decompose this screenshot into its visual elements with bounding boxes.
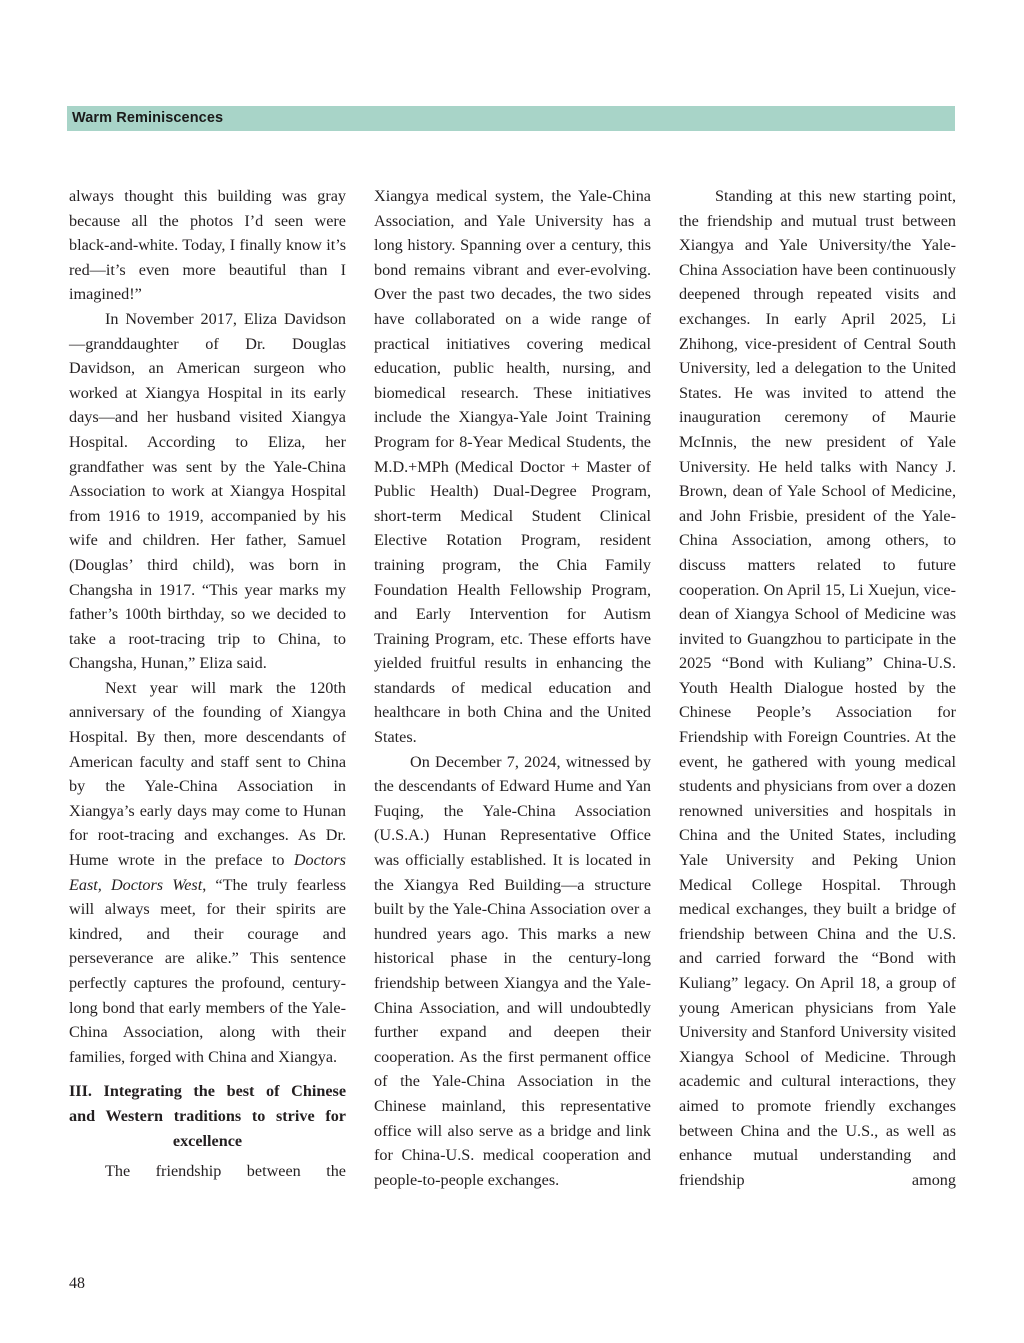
paragraph: Xiangya medical system, the Yale-China A…: [374, 184, 651, 750]
heading-line: III. Integrating the best of Chinese: [69, 1079, 346, 1104]
section-heading: III. Integrating the best of Chinese and…: [69, 1079, 346, 1153]
paragraph: On December 7, 2024, witnessed by the de…: [374, 750, 651, 1193]
paragraph: The friendship between the: [69, 1159, 346, 1184]
paragraph: Standing at this new starting point, the…: [679, 184, 956, 1192]
page-number: 48: [69, 1275, 85, 1293]
section-title: Warm Reminiscences: [72, 110, 223, 126]
paragraph: Next year will mark the 120th anniversar…: [69, 676, 346, 1070]
text-column-3: Standing at this new starting point, the…: [679, 184, 956, 1192]
paragraph: always thought this building was gray be…: [69, 184, 346, 307]
paragraph: In November 2017, Eliza Davidson—grandda…: [69, 307, 346, 676]
section-header-band: Warm Reminiscences: [67, 106, 955, 131]
heading-line: excellence: [173, 1132, 242, 1150]
text-column-1: always thought this building was gray be…: [69, 184, 346, 1184]
heading-line: and Western traditions to strive for: [69, 1104, 346, 1129]
text-column-2: Xiangya medical system, the Yale-China A…: [374, 184, 651, 1192]
paragraph-text: , “The truly fearless will always meet, …: [69, 876, 346, 1066]
paragraph-text: Next year will mark the 120th anniversar…: [69, 679, 346, 869]
